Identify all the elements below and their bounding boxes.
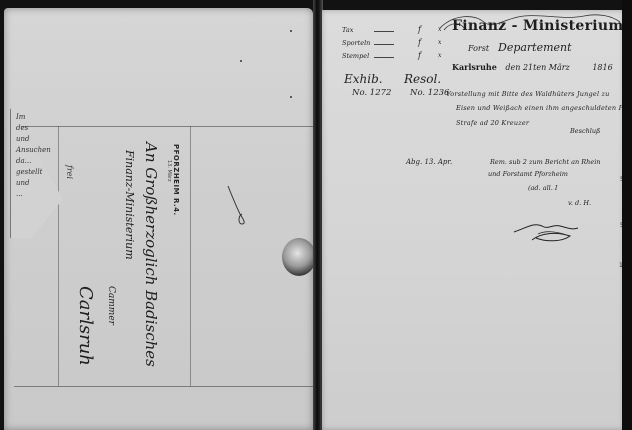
resolution-line-3: (ad. all. I [528,184,557,192]
fee-table: Tax f x Sporteln f x Stempel f x [342,23,442,62]
flap-line: gestellt [16,167,60,178]
resol-label: Resol. [404,72,441,86]
fee-unit-kreuzer: x [438,52,441,59]
fee-unit-gulden: f [418,51,421,60]
pen-flourish-icon [226,184,248,226]
flap-line: und [16,134,60,145]
address-block: PFORZHEIM R.4. 13. März An Großherzoglic… [64,136,194,394]
flap-handwriting: Im des und Ansuchen da... gestellt und .… [16,112,60,200]
dispatch-note: Abg. 13. Apr. [406,158,452,166]
ministry-title: Finanz - Ministerium [452,18,624,34]
flap-line: ... [16,189,60,200]
address-recipient: Großherzoglich Badisches [142,167,160,367]
scan-edge [622,0,632,430]
address-line-1: An Großherzoglich Badisches [142,142,160,367]
address-line-2: Finanz-Ministerium [123,150,136,260]
entry-line-2: Eisen und Weißach einen ihm angeschuldet… [456,104,632,112]
entry-line-3: Strafe ad 20 Kreuzer [456,119,529,127]
flap-line: Ansuchen [16,145,60,156]
address-rotated: PFORZHEIM R.4. 13. März An Großherzoglic… [64,136,194,394]
fee-label: Tax [342,26,353,34]
left-page-envelope: Im des und Ansuchen da... gestellt und .… [4,8,313,430]
resolution-line-4: v. d. H. [568,199,591,207]
postmark: PFORZHEIM R.4. [172,144,180,216]
fee-unit-gulden: f [418,38,421,47]
signature-icon [512,218,582,244]
resolution-line-1: Rem. sub 2 zum Bericht an Rhein [490,158,600,166]
fee-unit-gulden: f [418,25,421,34]
fee-dash [374,57,394,58]
speck [240,60,242,62]
fee-label: Stempel [342,52,369,60]
fee-label: Sporteln [342,39,370,47]
place: Karlsruhe [452,62,497,72]
department-title: Departement [498,41,572,54]
speck [290,30,292,32]
department-prefix: Forst [468,44,489,53]
year: 1816 [592,63,612,72]
entry-beschluss: Beschluß [570,127,600,135]
entry-line-1: Vorstellung mit Bitte des Waldhüters Jun… [446,90,610,98]
wax-seal-icon [282,238,316,276]
fee-row-tax: Tax f x [342,23,442,36]
fee-dash [374,44,394,45]
speck [290,96,292,98]
postmark-date: 13. März [166,160,172,182]
frei-mark: frei [65,165,74,179]
place-date-line: Karlsruhe den 21ten März 1816 [452,62,613,72]
address-city: Carlsruh [75,286,96,366]
flap-line: da... [16,156,60,167]
fee-row-sporteln: Sporteln f x [342,36,442,49]
right-page-registry: Tax f x Sporteln f x Stempel f x Finanz [320,10,624,430]
exhib-number: No. 1272 [352,88,391,98]
fee-row-stempel: Stempel f x [342,49,442,62]
document-scan: Im des und Ansuchen da... gestellt und .… [0,0,632,430]
date: den 21ten März [505,63,569,72]
address-an: An [142,142,160,163]
address-line-3: Cammer [106,286,116,325]
flap-line: Im [16,112,60,123]
flap-line: und [16,178,60,189]
fee-unit-kreuzer: x [438,39,441,46]
flap-line: des [16,123,60,134]
fee-dash [374,31,394,32]
resolution-line-2: und Forstamt Pforzheim [488,170,568,178]
resol-number: No. 1236 [410,88,449,98]
exhib-label: Exhib. [344,72,383,86]
